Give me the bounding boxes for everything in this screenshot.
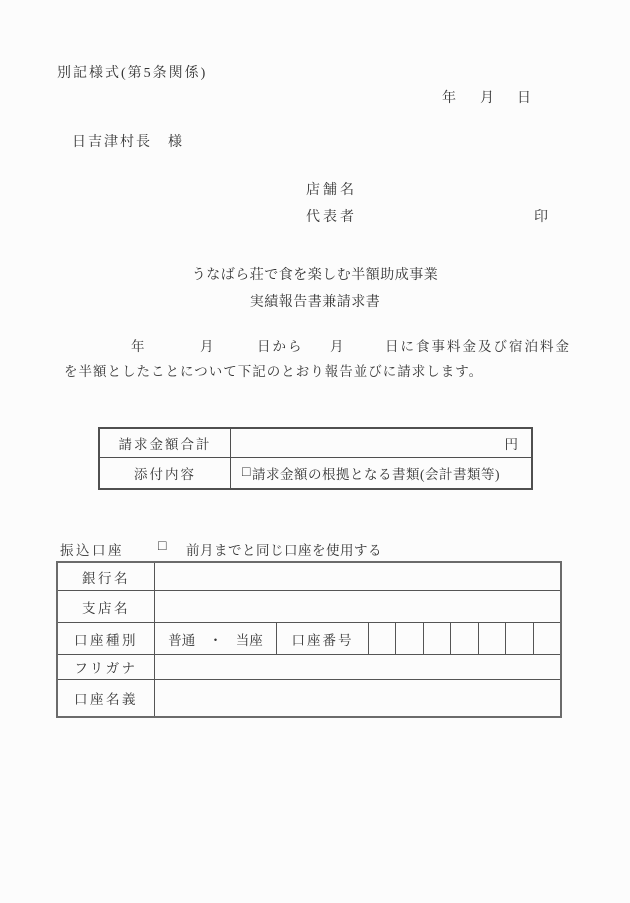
branch-name-input[interactable] (155, 591, 560, 622)
addressee-honorific: 様 (168, 131, 182, 151)
account-number-digit-boxes (369, 623, 560, 654)
attachment-checkbox-label: 請求金額の根拠となる書類(会計書類等) (252, 463, 500, 483)
account-number-digit-box[interactable] (505, 623, 532, 654)
bank-name-label: 銀行名 (58, 563, 155, 590)
bank-name-input[interactable] (155, 563, 560, 590)
account-number-digit-box[interactable] (533, 623, 560, 654)
date-line: 年 月 日 (0, 87, 630, 105)
branch-name-row: 支店名 (58, 590, 560, 622)
same-account-checkbox-label: 前月までと同じ口座を使用する (186, 539, 382, 559)
account-type-options[interactable]: 普通 ・ 当座 (155, 623, 277, 654)
kana-row: フリガナ (58, 654, 560, 679)
account-number-digit-box[interactable] (395, 623, 422, 654)
claim-amount-label: 請求金額合計 (100, 429, 231, 457)
representative-label: 代表者 (306, 206, 357, 226)
account-type-row: 口座種別 普通 ・ 当座 口座番号 (58, 622, 560, 654)
bank-account-table: 銀行名 支店名 口座種別 普通 ・ 当座 口座番号 フリガナ 口座名義 (56, 561, 562, 718)
date-day-label: 日 (517, 87, 531, 107)
yen-unit-label: 円 (505, 433, 519, 453)
claim-amount-input[interactable]: 円 (231, 429, 531, 457)
form-id: 別記様式(第5条関係) (57, 62, 207, 82)
body-day-from-label: 日から (257, 335, 304, 355)
document-title-line2: 実績報告書兼請求書 (0, 291, 630, 311)
account-number-digit-box[interactable] (423, 623, 450, 654)
transfer-account-label: 振込口座 (60, 539, 124, 559)
claim-amount-row: 請求金額合計 円 (100, 429, 531, 458)
document-title-line1: うなばら荘で食を楽しむ半額助成事業 (0, 264, 630, 284)
account-number-digit-box[interactable] (369, 623, 395, 654)
attachment-checkbox[interactable]: □ (242, 465, 251, 481)
shop-name-label: 店舗名 (306, 179, 357, 199)
addressee: 日吉津村長 様 (72, 131, 152, 151)
attachment-value-cell: □ 請求金額の根拠となる書類(会計書類等) (231, 458, 531, 488)
body-text-fragment: 日に食事料金及び宿泊料金 (385, 335, 571, 355)
transfer-account-line: 振込口座 □ 前月までと同じ口座を使用する (0, 539, 630, 557)
body-text-line2: を半額としたことについて下記のとおり報告並びに請求します。 (64, 360, 483, 380)
addressee-name: 日吉津村長 (72, 135, 152, 150)
date-year-label: 年 (442, 87, 456, 107)
seal-mark: 印 (534, 206, 548, 226)
attachment-label: 添付内容 (100, 458, 231, 488)
account-holder-label: 口座名義 (58, 680, 155, 716)
account-number-digit-box[interactable] (450, 623, 477, 654)
account-number-label: 口座番号 (277, 623, 369, 654)
account-holder-input[interactable] (155, 680, 560, 716)
account-type-label: 口座種別 (58, 623, 155, 654)
attachment-row: 添付内容 □ 請求金額の根拠となる書類(会計書類等) (100, 458, 531, 488)
date-month-label: 月 (480, 87, 494, 107)
body-month-to-label: 月 (330, 335, 346, 355)
kana-input[interactable] (155, 655, 560, 679)
account-holder-row: 口座名義 (58, 679, 560, 716)
body-year-label: 年 (131, 335, 147, 355)
body-month-from-label: 月 (200, 335, 216, 355)
kana-label: フリガナ (58, 655, 155, 679)
bank-name-row: 銀行名 (58, 563, 560, 590)
account-number-digit-box[interactable] (478, 623, 505, 654)
claim-table: 請求金額合計 円 添付内容 □ 請求金額の根拠となる書類(会計書類等) (98, 427, 533, 490)
document-page: 別記様式(第5条関係) 年 月 日 日吉津村長 様 店舗名 代表者 印 うなばら… (0, 0, 630, 903)
branch-name-label: 支店名 (58, 591, 155, 622)
same-account-checkbox[interactable]: □ (158, 539, 166, 555)
body-date-line: 年 月 日から 月 日に食事料金及び宿泊料金 (0, 335, 630, 353)
